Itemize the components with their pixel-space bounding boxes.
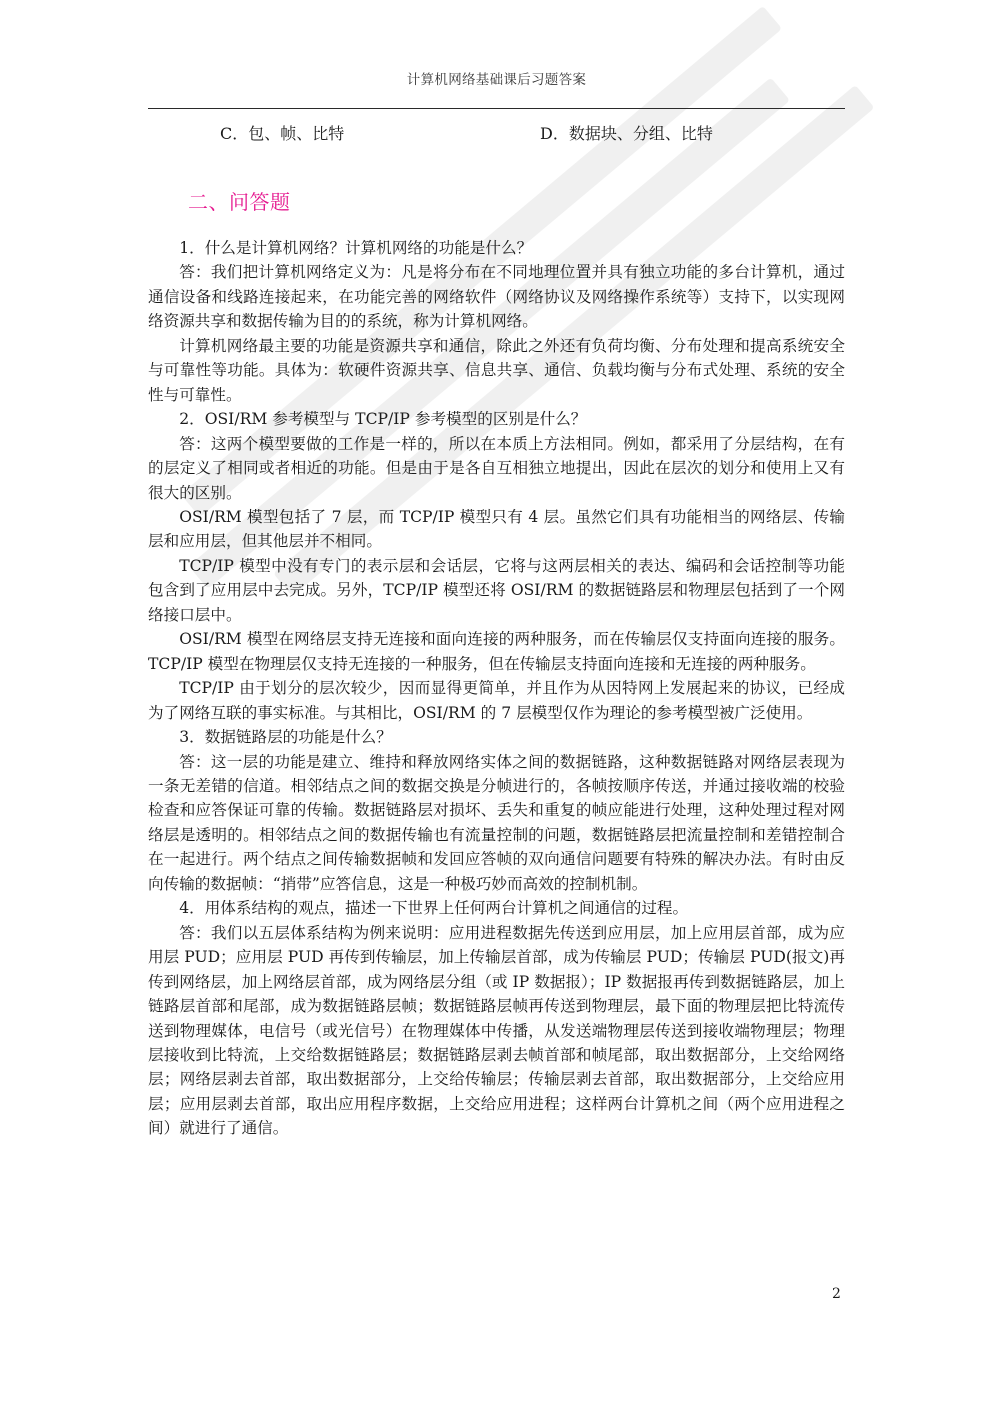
answer-2-paragraph-4: OSI/RM 模型在网络层支持无连接和面向连接的两种服务，而在传输层仅支持面向连… xyxy=(148,627,845,676)
answer-1-paragraph-2: 计算机网络最主要的功能是资源共享和通信，除此之外还有负荷均衡、分布处理和提高系统… xyxy=(148,334,845,407)
question-1: 1．什么是计算机网络？计算机网络的功能是什么？ xyxy=(148,236,845,260)
section-title: 二、问答题 xyxy=(188,186,291,215)
page-header-title: 计算机网络基础课后习题答案 xyxy=(148,68,845,88)
document-body: 1．什么是计算机网络？计算机网络的功能是什么？ 答：我们把计算机网络定义为：凡是… xyxy=(148,236,845,1141)
header-rule xyxy=(148,108,845,109)
answer-2-paragraph-5: TCP/IP 由于划分的层次较少，因而显得更简单，并且作为从因特网上发展起来的协… xyxy=(148,676,845,725)
answer-2-paragraph-3: TCP/IP 模型中没有专门的表示层和会话层，它将与这两层相关的表达、编码和会话… xyxy=(148,554,845,627)
answer-2-paragraph-2: OSI/RM 模型包括了 7 层，而 TCP/IP 模型只有 4 层。虽然它们具… xyxy=(148,505,845,554)
question-3: 3．数据链路层的功能是什么？ xyxy=(148,725,845,749)
answer-3: 答：这一层的功能是建立、维持和释放网络实体之间的数据链路，这种数据链路对网络层表… xyxy=(148,750,845,897)
answer-4: 答：我们以五层体系结构为例来说明：应用进程数据先传送到应用层，加上应用层首部，成… xyxy=(148,921,845,1141)
question-4: 4．用体系结构的观点，描述一下世界上任何两台计算机之间通信的过程。 xyxy=(148,896,845,920)
page-number: 2 xyxy=(832,1286,841,1302)
option-c: C．包、帧、比特 xyxy=(220,121,344,144)
option-d: D．数据块、分组、比特 xyxy=(540,121,713,144)
answer-2-paragraph-1: 答：这两个模型要做的工作是一样的，所以在本质上方法相同。例如，都采用了分层结构，… xyxy=(148,432,845,505)
question-2: 2．OSI/RM 参考模型与 TCP/IP 参考模型的区别是什么？ xyxy=(148,407,845,431)
answer-1-paragraph-1: 答：我们把计算机网络定义为：凡是将分布在不同地理位置并具有独立功能的多台计算机，… xyxy=(148,260,845,333)
